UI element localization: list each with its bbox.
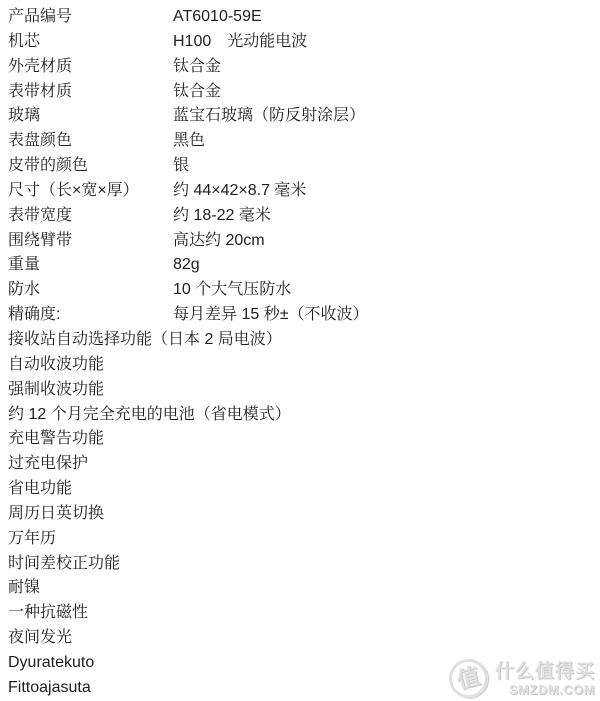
spec-row: 表带宽度 约 18-22 毫米 xyxy=(8,204,600,229)
spec-value: AT6010-59E xyxy=(173,5,600,30)
feature-row: 夜间发光 xyxy=(8,626,600,651)
spec-row: 外壳材质 钛合金 xyxy=(8,55,600,80)
feature-row: 约 12 个月完全充电的电池（省电模式） xyxy=(8,403,600,428)
feature-row: 万年历 xyxy=(8,527,600,552)
smzdm-badge-char: 值 xyxy=(455,665,483,693)
spec-label: 外壳材质 xyxy=(8,55,173,80)
feature-text: 时间差校正功能 xyxy=(8,552,600,577)
spec-label: 精确度: xyxy=(8,303,173,328)
spec-row: 表带材质 钛合金 xyxy=(8,80,600,105)
spec-label: 尺寸（长×宽×厚） xyxy=(8,179,173,204)
feature-text: 夜间发光 xyxy=(8,626,600,651)
spec-row: 产品编号 AT6010-59E xyxy=(8,5,600,30)
feature-text: 周历日英切换 xyxy=(8,502,600,527)
smzdm-domain-text: SMZDM.COM xyxy=(509,683,595,696)
spec-value: 约 18-22 毫米 xyxy=(173,204,600,229)
feature-row: 时间差校正功能 xyxy=(8,552,600,577)
spec-row: 精确度: 每月差异 15 秒±（不收波） xyxy=(8,303,600,328)
spec-label: 围绕臂带 xyxy=(8,229,173,254)
feature-text: 接收站自动选择功能（日本 2 局电波） xyxy=(8,328,600,353)
spec-row: 皮带的颜色 银 xyxy=(8,154,600,179)
feature-row: 接收站自动选择功能（日本 2 局电波） xyxy=(8,328,600,353)
spec-label: 机芯 xyxy=(8,30,173,55)
spec-value: 钛合金 xyxy=(173,55,600,80)
spec-label: 防水 xyxy=(8,278,173,303)
spec-table: 产品编号 AT6010-59E 机芯 H100 光动能电波 外壳材质 钛合金 表… xyxy=(8,5,600,701)
spec-row: 重量 82g xyxy=(8,253,600,278)
feature-text: 约 12 个月完全充电的电池（省电模式） xyxy=(8,403,600,428)
feature-row: 过充电保护 xyxy=(8,452,600,477)
smzdm-brand-text: 什么值得买 xyxy=(495,662,595,681)
spec-value: 约 44×42×8.7 毫米 xyxy=(173,179,600,204)
spec-label: 产品编号 xyxy=(8,5,173,30)
spec-value: H100 光动能电波 xyxy=(173,30,600,55)
spec-value: 银 xyxy=(173,154,600,179)
spec-row: 机芯 H100 光动能电波 xyxy=(8,30,600,55)
spec-row: 围绕臂带 高达约 20cm xyxy=(8,229,600,254)
spec-row: 防水 10 个大气压防水 xyxy=(8,278,600,303)
feature-text: 充电警告功能 xyxy=(8,427,600,452)
feature-text: 强制收波功能 xyxy=(8,378,600,403)
feature-row: 强制收波功能 xyxy=(8,378,600,403)
spec-label: 重量 xyxy=(8,253,173,278)
feature-row: 省电功能 xyxy=(8,477,600,502)
feature-text: 自动收波功能 xyxy=(8,353,600,378)
smzdm-watermark-text: 什么值得买 SMZDM.COM xyxy=(495,662,595,696)
spec-row: 玻璃 蓝宝石玻璃（防反射涂层） xyxy=(8,104,600,129)
feature-text: 万年历 xyxy=(8,527,600,552)
spec-label: 表盘颜色 xyxy=(8,129,173,154)
feature-row: 耐镍 xyxy=(8,576,600,601)
spec-value: 82g xyxy=(173,253,600,278)
feature-row: 自动收波功能 xyxy=(8,353,600,378)
feature-text: 省电功能 xyxy=(8,477,600,502)
spec-value: 每月差异 15 秒±（不收波） xyxy=(173,303,600,328)
spec-row: 表盘颜色 黑色 xyxy=(8,129,600,154)
product-spec-sheet: 产品编号 AT6010-59E 机芯 H100 光动能电波 外壳材质 钛合金 表… xyxy=(0,0,600,701)
spec-value: 10 个大气压防水 xyxy=(173,278,600,303)
spec-label: 玻璃 xyxy=(8,104,173,129)
spec-value: 黑色 xyxy=(173,129,600,154)
spec-label: 皮带的颜色 xyxy=(8,154,173,179)
spec-value: 蓝宝石玻璃（防反射涂层） xyxy=(173,104,600,129)
spec-label: 表带宽度 xyxy=(8,204,173,229)
smzdm-badge-icon: 值 xyxy=(445,655,492,701)
spec-row: 尺寸（长×宽×厚） 约 44×42×8.7 毫米 xyxy=(8,179,600,204)
feature-row: 一种抗磁性 xyxy=(8,601,600,626)
feature-text: 一种抗磁性 xyxy=(8,601,600,626)
feature-row: 充电警告功能 xyxy=(8,427,600,452)
spec-value: 钛合金 xyxy=(173,80,600,105)
feature-text: 耐镍 xyxy=(8,576,600,601)
feature-text: 过充电保护 xyxy=(8,452,600,477)
smzdm-watermark: 值 什么值得买 SMZDM.COM xyxy=(449,659,595,698)
feature-row: 周历日英切换 xyxy=(8,502,600,527)
spec-value: 高达约 20cm xyxy=(173,229,600,254)
spec-label: 表带材质 xyxy=(8,80,173,105)
